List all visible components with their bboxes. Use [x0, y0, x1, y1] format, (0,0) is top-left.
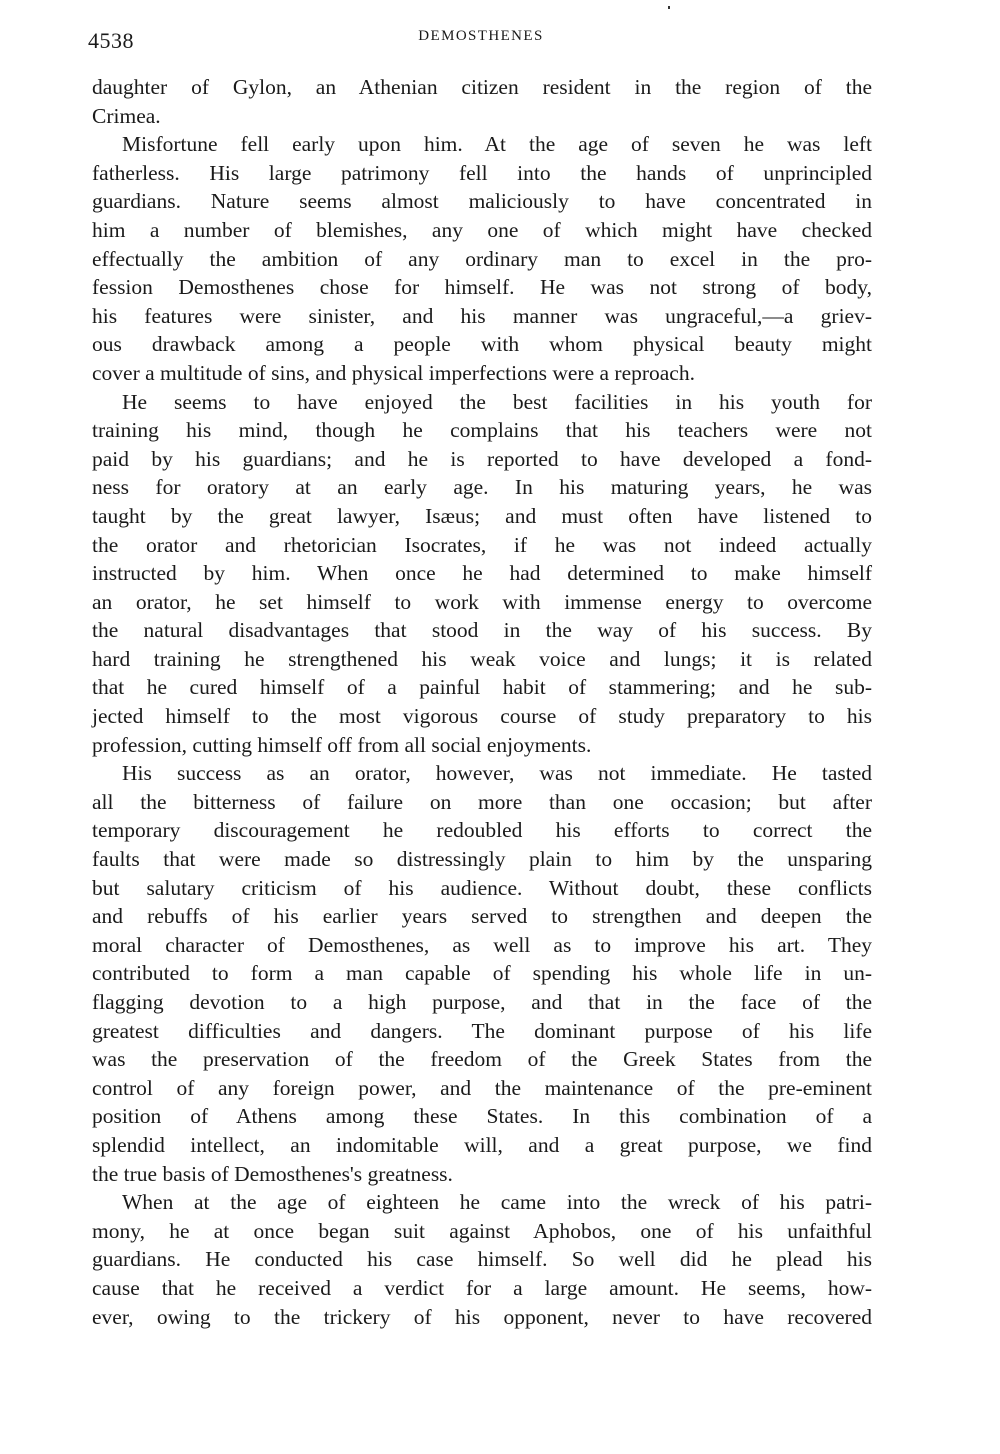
scan-speck — [668, 6, 670, 9]
paragraph: daughter of Gylon, an Athenian citizen r… — [92, 73, 872, 130]
page-header: 4538 DEMOSTHENES — [88, 22, 874, 56]
text-line: cover a multitude of sins, and physical … — [92, 359, 872, 388]
text-line: Crimea. — [92, 102, 872, 131]
running-title: DEMOSTHENES — [88, 28, 874, 45]
text-line: Misfortune fell early upon him. At the a… — [92, 130, 872, 159]
text-line: splendid intellect, an indomitable will,… — [92, 1131, 872, 1160]
text-line: that he cured himself of a painful habit… — [92, 673, 872, 702]
text-line: but salutary criticism of his audience. … — [92, 874, 872, 903]
text-line: paid by his guardians; and he is reporte… — [92, 445, 872, 474]
text-line: His success as an orator, however, was n… — [92, 759, 872, 788]
text-line: the natural disadvantages that stood in … — [92, 616, 872, 645]
text-line: hard training he strengthened his weak v… — [92, 645, 872, 674]
text-line: profession, cutting himself off from all… — [92, 731, 872, 760]
text-line: all the bitterness of failure on more th… — [92, 788, 872, 817]
text-line: faults that were made so distressingly p… — [92, 845, 872, 874]
text-line: fatherless. His large patrimony fell int… — [92, 159, 872, 188]
text-line: the orator and rhetorician Isocrates, if… — [92, 531, 872, 560]
text-line: flagging devotion to a high purpose, and… — [92, 988, 872, 1017]
text-line: him a number of blemishes, any one of wh… — [92, 216, 872, 245]
text-line: fession Demosthenes chose for himself. H… — [92, 273, 872, 302]
text-line: guardians. He conducted his case himself… — [92, 1245, 872, 1274]
text-line: temporary discouragement he redoubled hi… — [92, 816, 872, 845]
text-line: the true basis of Demosthenes's greatnes… — [92, 1160, 872, 1189]
text-line: guardians. Nature seems almost malicious… — [92, 187, 872, 216]
body-text: daughter of Gylon, an Athenian citizen r… — [92, 73, 872, 1331]
text-line: moral character of Demosthenes, as well … — [92, 931, 872, 960]
text-line: an orator, he set himself to work with i… — [92, 588, 872, 617]
text-line: training his mind, though he complains t… — [92, 416, 872, 445]
paragraph: When at the age of eighteen he came into… — [92, 1188, 872, 1331]
text-line: mony, he at once began suit against Apho… — [92, 1217, 872, 1246]
text-line: ness for oratory at an early age. In his… — [92, 473, 872, 502]
text-line: was the preservation of the freedom of t… — [92, 1045, 872, 1074]
text-line: instructed by him. When once he had dete… — [92, 559, 872, 588]
text-line: When at the age of eighteen he came into… — [92, 1188, 872, 1217]
text-line: ous drawback among a people with whom ph… — [92, 330, 872, 359]
text-line: control of any foreign power, and the ma… — [92, 1074, 872, 1103]
text-line: and rebuffs of his earlier years served … — [92, 902, 872, 931]
text-line: effectually the ambition of any ordinary… — [92, 245, 872, 274]
text-line: ever, owing to the trickery of his oppon… — [92, 1303, 872, 1332]
text-line: cause that he received a verdict for a l… — [92, 1274, 872, 1303]
text-line: taught by the great lawyer, Isæus; and m… — [92, 502, 872, 531]
text-line: He seems to have enjoyed the best facili… — [92, 388, 872, 417]
text-line: greatest difficulties and dangers. The d… — [92, 1017, 872, 1046]
book-page: 4538 DEMOSTHENES daughter of Gylon, an A… — [0, 0, 1000, 1454]
text-line: his features were sinister, and his mann… — [92, 302, 872, 331]
text-line: daughter of Gylon, an Athenian citizen r… — [92, 73, 872, 102]
text-line: position of Athens among these States. I… — [92, 1102, 872, 1131]
text-line: jected himself to the most vigorous cour… — [92, 702, 872, 731]
paragraph: His success as an orator, however, was n… — [92, 759, 872, 1188]
text-line: contributed to form a man capable of spe… — [92, 959, 872, 988]
paragraph: Misfortune fell early upon him. At the a… — [92, 130, 872, 387]
paragraph: He seems to have enjoyed the best facili… — [92, 388, 872, 760]
